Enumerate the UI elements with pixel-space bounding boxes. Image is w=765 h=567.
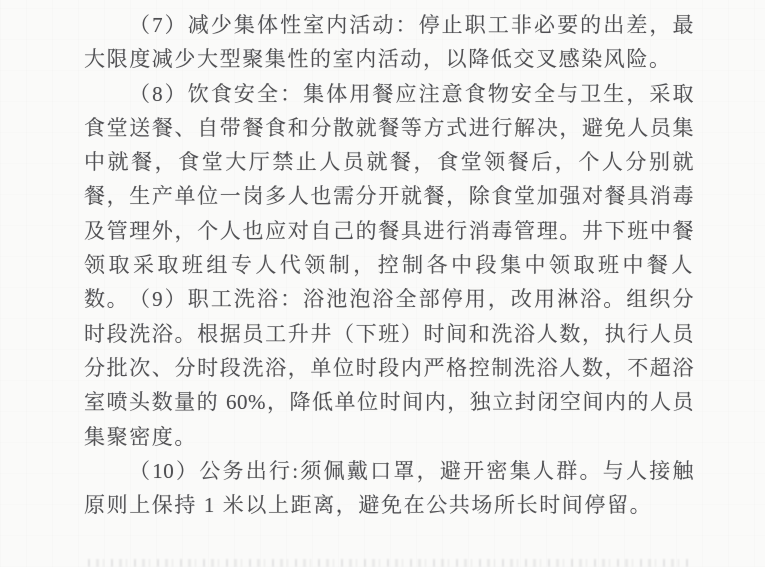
- text-line: 集聚密度。: [84, 420, 694, 454]
- text-line: 食堂送餐、自带餐食和分散就餐等方式进行解决，避免人员集: [84, 111, 694, 145]
- text-line: 时段洗浴。根据员工升井（下班）时间和洗浴人数，执行人员: [84, 317, 694, 351]
- text-line: 原则上保持 1 米以上距离，避免在公共场所长时间停留。: [84, 488, 694, 522]
- text-line: （7）减少集体性室内活动：停止职工非必要的出差，最: [84, 8, 694, 42]
- cutoff-next-line-artifact: [88, 559, 688, 567]
- text-line: 室喷头数量的 60%，降低单位时间内，独立封闭空间内的人员: [84, 385, 694, 419]
- text-line: （9）职工洗浴：浴池泡浴全部停用，改用淋浴。组织分: [84, 282, 694, 316]
- text-line: 分批次、分时段洗浴，单位时段内严格控制洗浴人数，不超浴: [84, 351, 694, 385]
- text-line: 中就餐，食堂大厅禁止人员就餐，食堂领餐后，个人分别就: [84, 145, 694, 179]
- document-text-block: （7）减少集体性室内活动：停止职工非必要的出差，最 大限度减少大型聚集性的室内活…: [84, 8, 694, 522]
- text-line: 领取采取班组专人代领制，控制各中段集中领取班中餐人数。: [84, 248, 694, 282]
- text-line: 及管理外，个人也应对自己的餐具进行消毒管理。井下班中餐: [84, 214, 694, 248]
- text-line: （8）饮食安全：集体用餐应注意食物安全与卫生，采取: [84, 77, 694, 111]
- text-line: （10）公务出行:须佩戴口罩，避开密集人群。与人接触: [84, 454, 694, 488]
- document-page: { "page": { "background_color": "#fafaf9…: [0, 0, 765, 567]
- text-line: 餐，生产单位一岗多人也需分开就餐，除食堂加强对餐具消毒: [84, 179, 694, 213]
- text-line: 大限度减少大型聚集性的室内活动，以降低交叉感染风险。: [84, 42, 694, 76]
